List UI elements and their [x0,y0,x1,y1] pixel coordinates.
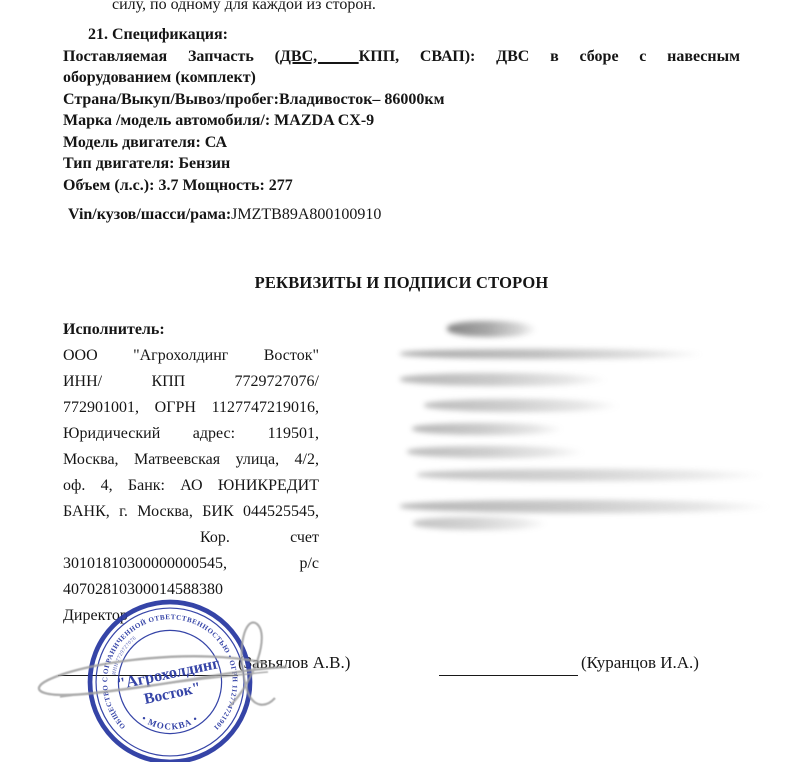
handwritten-signature-scribble [0,0,793,762]
document-page: силу, по одному для каждой из сторон. 21… [0,0,793,762]
